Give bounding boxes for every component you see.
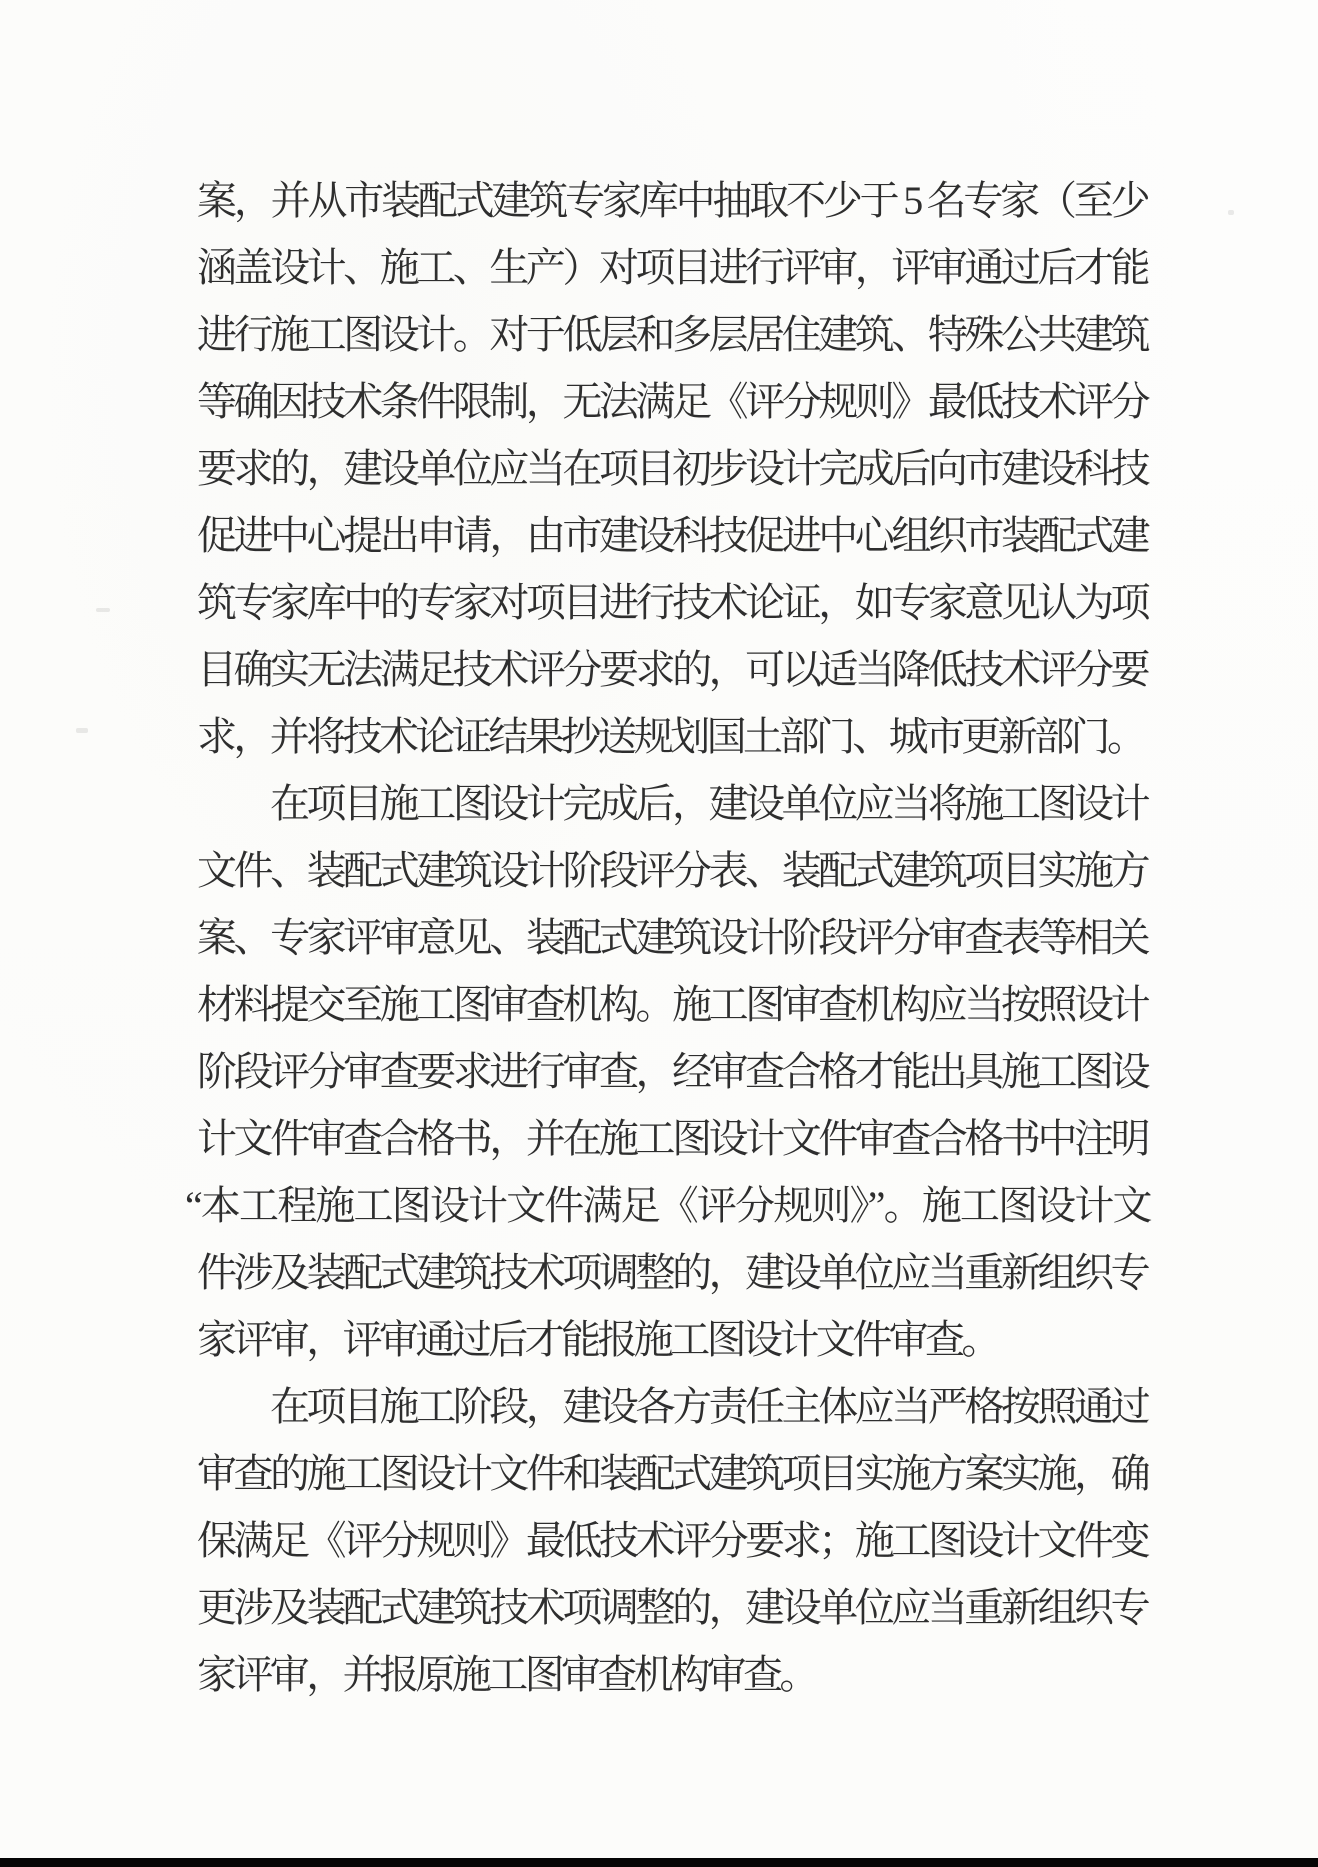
text-line: 求，并将技术论证结果抄送规划国土部门、城市更新部门。 (197, 703, 1147, 770)
text-line-paragraph-start: 在项目施工图设计完成后，建设单位应当将施工图设计 (197, 770, 1147, 837)
text-line: 涵盖设计、施工、生产）对项目进行评审，评审通过后才能 (197, 234, 1147, 301)
text-line: 目确实无法满足技术评分要求的，可以适当降低技术评分要 (197, 636, 1147, 703)
text-line: 案，并从市装配式建筑专家库中抽取不少于 5 名专家（至少 (197, 167, 1147, 234)
scan-edge-artifact (0, 1858, 1318, 1867)
text-line: 材料提交至施工图审查机构。施工图审查机构应当按照设计 (197, 971, 1147, 1038)
text-line: 阶段评分审查要求进行审查，经审查合格才能出具施工图设 (197, 1038, 1147, 1105)
text-line: 案、专家评审意见、装配式建筑设计阶段评分审查表等相关 (197, 904, 1147, 971)
text-line: 进行施工图设计。对于低层和多层居住建筑、特殊公共建筑 (197, 301, 1147, 368)
scanned-document-page: 案，并从市装配式建筑专家库中抽取不少于 5 名专家（至少 涵盖设计、施工、生产）… (0, 0, 1318, 1867)
text-line: 保满足《评分规则》最低技术评分要求；施工图设计文件变 (197, 1507, 1147, 1574)
text-line-paragraph-end: 家评审，并报原施工图审查机构审查。 (197, 1641, 1147, 1708)
scan-speck (96, 608, 110, 612)
scan-speck (1228, 210, 1234, 215)
text-line: 审查的施工图设计文件和装配式建筑项目实施方案实施，确 (197, 1440, 1147, 1507)
text-line: 要求的，建设单位应当在项目初步设计完成后向市建设科技 (197, 435, 1147, 502)
text-line-paragraph-start: 在项目施工阶段，建设各方责任主体应当严格按照通过 (197, 1373, 1147, 1440)
text-line-quoted: “本工程施工图设计文件满足《评分规则》”。施工图设计文 (197, 1172, 1147, 1239)
text-line: 筑专家库中的专家对项目进行技术论证，如专家意见认为项 (197, 569, 1147, 636)
text-line: 更涉及装配式建筑技术项调整的，建设单位应当重新组织专 (197, 1574, 1147, 1641)
scan-speck (76, 728, 88, 733)
document-text-block: 案，并从市装配式建筑专家库中抽取不少于 5 名专家（至少 涵盖设计、施工、生产）… (197, 167, 1147, 1708)
text-line: 文件、装配式建筑设计阶段评分表、装配式建筑项目实施方 (197, 837, 1147, 904)
text-line: 等确因技术条件限制，无法满足《评分规则》最低技术评分 (197, 368, 1147, 435)
text-line: 促进中心提出申请，由市建设科技促进中心组织市装配式建 (197, 502, 1147, 569)
text-line-paragraph-end: 家评审，评审通过后才能报施工图设计文件审查。 (197, 1306, 1147, 1373)
text-line: 件涉及装配式建筑技术项调整的，建设单位应当重新组织专 (197, 1239, 1147, 1306)
text-line: 计文件审查合格书，并在施工图设计文件审查合格书中注明 (197, 1105, 1147, 1172)
